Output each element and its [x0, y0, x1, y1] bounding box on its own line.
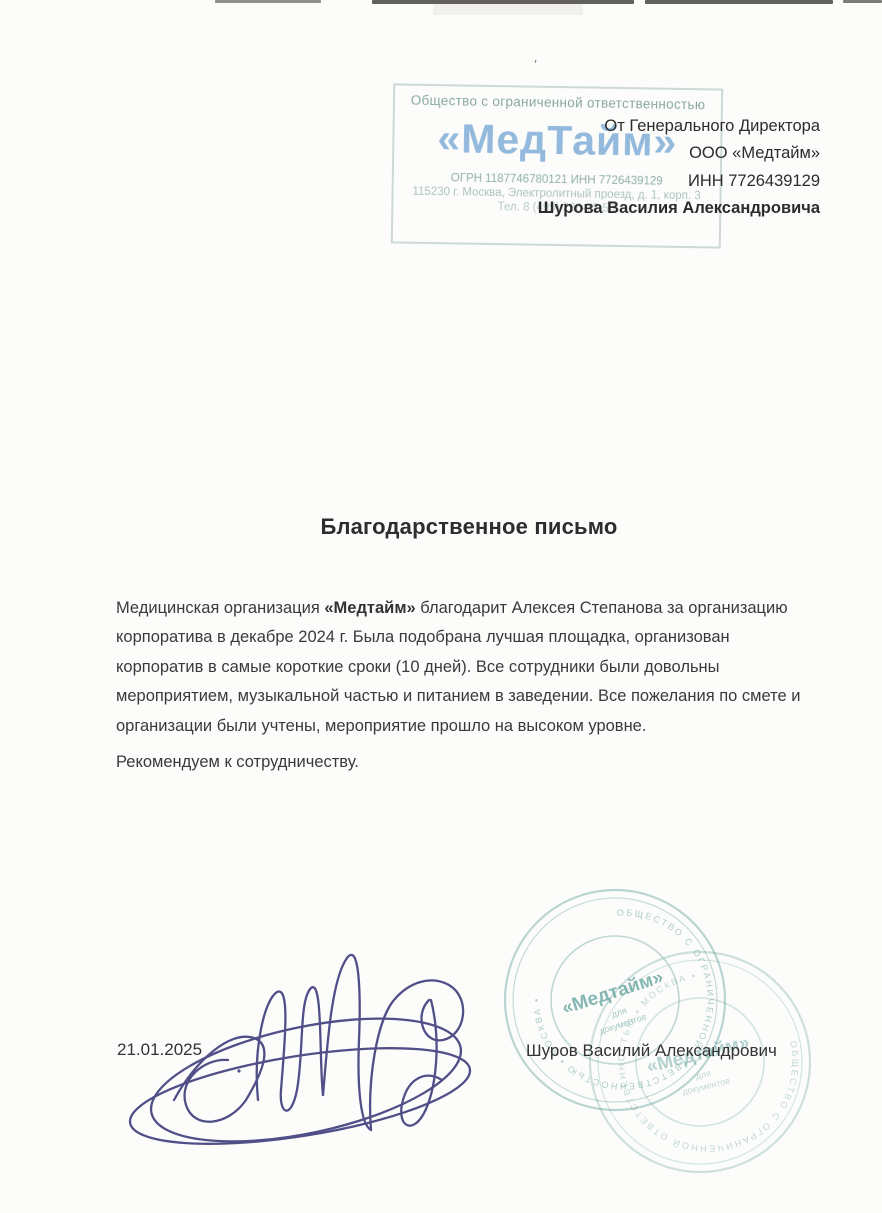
letter-body-paragraph: Медицинская организация «Медтайм» благод… [116, 594, 812, 741]
recipient-line-name: Шурова Василия Александровича [538, 195, 820, 222]
body-text-before: Медицинская организация [116, 599, 324, 617]
scanned-letter-page: ’ Общество с ограниченной ответственност… [0, 0, 882, 1213]
recipient-block: От Генерального Директора ООО «Медтайм» … [538, 113, 820, 222]
recipient-line-inn: ИНН 7726439129 [538, 168, 820, 195]
stamp-company-type: Общество с ограниченной ответственностью [395, 92, 721, 112]
body-text-bold-company: «Медтайм» [324, 599, 415, 617]
scan-smudge [433, 4, 583, 15]
ink-speck: ’ [533, 57, 542, 68]
round-stamp-impression-1: ОБЩЕСТВО С ОГРАНИЧЕННОЙ ОТВЕТСТВЕННОСТЬЮ… [505, 890, 725, 1110]
scan-artifact-strip [215, 0, 321, 3]
signer-name: Шуров Василий Александрович [526, 1041, 777, 1061]
handwritten-signature [108, 928, 488, 1180]
letter-title: Благодарственное письмо [28, 514, 882, 540]
letter-recommendation-line: Рекомендуем к сотрудничеству. [116, 753, 359, 772]
scan-artifact-strip [645, 0, 833, 4]
recipient-line-from: От Генерального Директора [538, 113, 820, 140]
scan-artifact-strip [843, 0, 882, 3]
recipient-line-company: ООО «Медтайм» [538, 140, 820, 167]
body-text-after: благодарит Алексея Степанова за организа… [116, 599, 800, 735]
